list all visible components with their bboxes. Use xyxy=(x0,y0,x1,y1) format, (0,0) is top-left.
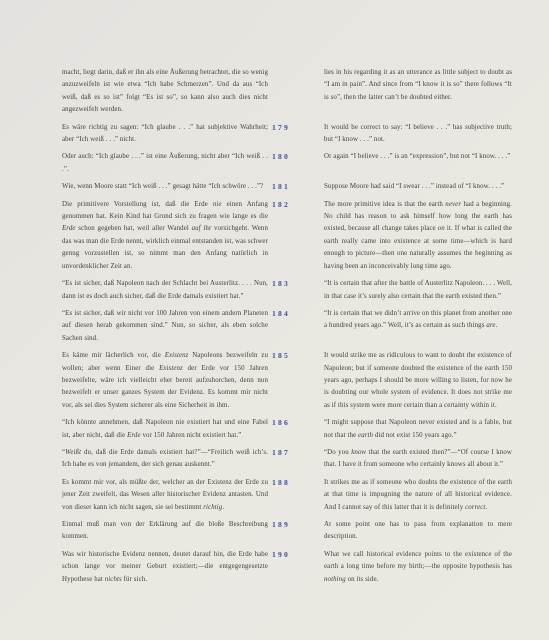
section-number: 189 xyxy=(268,519,324,544)
section-number: 184 xyxy=(268,308,324,345)
english-paragraph: Or again “I believe . . .” is an “expres… xyxy=(324,151,512,176)
section-row-190: Was wir historische Evidenz nennen, deut… xyxy=(62,549,512,586)
german-paragraph: “Ich könnte annehmen, daß Napoleon nie e… xyxy=(62,417,268,442)
section-row-188: Es kommt mir vor, als müßte der, welcher… xyxy=(62,477,512,514)
section-number: 183 xyxy=(268,278,324,303)
section-row-184: “Es ist sicher, daß wir nicht vor 100 Ja… xyxy=(62,308,512,345)
english-paragraph: “It is certain that we didn’t arrive on … xyxy=(324,308,512,345)
section-row-179: Es wäre richtig zu sagen: “Ich glaube . … xyxy=(62,122,512,147)
english-paragraph: At some point one has to pass from expla… xyxy=(324,519,512,544)
german-paragraph: “Es ist sicher, daß wir nicht vor 100 Ja… xyxy=(62,308,268,345)
german-paragraph: Wie, wenn Moore statt “Ich weiß . . .” g… xyxy=(62,181,268,193)
german-paragraph: Oder auch: “Ich glaube . . .” ist eine Ä… xyxy=(62,151,268,176)
section-number xyxy=(268,67,324,117)
section-number: 182 xyxy=(268,199,324,273)
section-number: 188 xyxy=(268,477,324,514)
section-number: 185 xyxy=(268,350,324,412)
book-page-scan: macht, liegt darin, daß er ihn als eine … xyxy=(0,0,549,640)
english-paragraph: lies in his regarding it as an utterance… xyxy=(324,67,512,117)
german-paragraph: “Weißt du, daß die Erde damals existiert… xyxy=(62,447,268,472)
section-number: 187 xyxy=(268,447,324,472)
english-paragraph: What we call historical evidence points … xyxy=(324,549,512,586)
english-paragraph: “It is certain that after the battle of … xyxy=(324,278,512,303)
english-paragraph: It strikes me as if someone who doubts t… xyxy=(324,477,512,514)
english-paragraph: It would be correct to say: “I believe .… xyxy=(324,122,512,147)
german-paragraph: Was wir historische Evidenz nennen, deut… xyxy=(62,549,268,586)
section-row-183: “Es ist sicher, daß Napoleon nach der Sc… xyxy=(62,278,512,303)
german-paragraph: Einmal muß man von der Erklärung auf die… xyxy=(62,519,268,544)
section-row-180: Oder auch: “Ich glaube . . .” ist eine Ä… xyxy=(62,151,512,176)
section-row-187: “Weißt du, daß die Erde damals existiert… xyxy=(62,447,512,472)
german-paragraph: Es kommt mir vor, als müßte der, welcher… xyxy=(62,477,268,514)
english-paragraph: The more primitive idea is that the eart… xyxy=(324,199,512,273)
section-number: 179 xyxy=(268,122,324,147)
section-row-186: “Ich könnte annehmen, daß Napoleon nie e… xyxy=(62,417,512,442)
german-paragraph: Es käme mir lächerlich vor, die Existenz… xyxy=(62,350,268,412)
english-paragraph: Suppose Moore had said “I swear . . .” i… xyxy=(324,181,512,193)
german-paragraph: macht, liegt darin, daß er ihn als eine … xyxy=(62,67,268,117)
english-paragraph: It would strike me as ridiculous to want… xyxy=(324,350,512,412)
german-paragraph: “Es ist sicher, daß Napoleon nach der Sc… xyxy=(62,278,268,303)
english-paragraph: “Do you know that the earth existed then… xyxy=(324,447,512,472)
section-row-continuation: macht, liegt darin, daß er ihn als eine … xyxy=(62,67,512,117)
section-number: 181 xyxy=(268,181,324,193)
section-number: 180 xyxy=(268,151,324,176)
german-paragraph: Die primitivere Vorstellung ist, daß die… xyxy=(62,199,268,273)
section-row-185: Es käme mir lächerlich vor, die Existenz… xyxy=(62,350,512,412)
section-number: 186 xyxy=(268,417,324,442)
section-number: 190 xyxy=(268,549,324,586)
section-row-182: Die primitivere Vorstellung ist, daß die… xyxy=(62,199,512,273)
english-paragraph: “I might suppose that Napoleon never exi… xyxy=(324,417,512,442)
section-row-181: Wie, wenn Moore statt “Ich weiß . . .” g… xyxy=(62,181,512,193)
german-paragraph: Es wäre richtig zu sagen: “Ich glaube . … xyxy=(62,122,268,147)
section-row-189: Einmal muß man von der Erklärung auf die… xyxy=(62,519,512,544)
